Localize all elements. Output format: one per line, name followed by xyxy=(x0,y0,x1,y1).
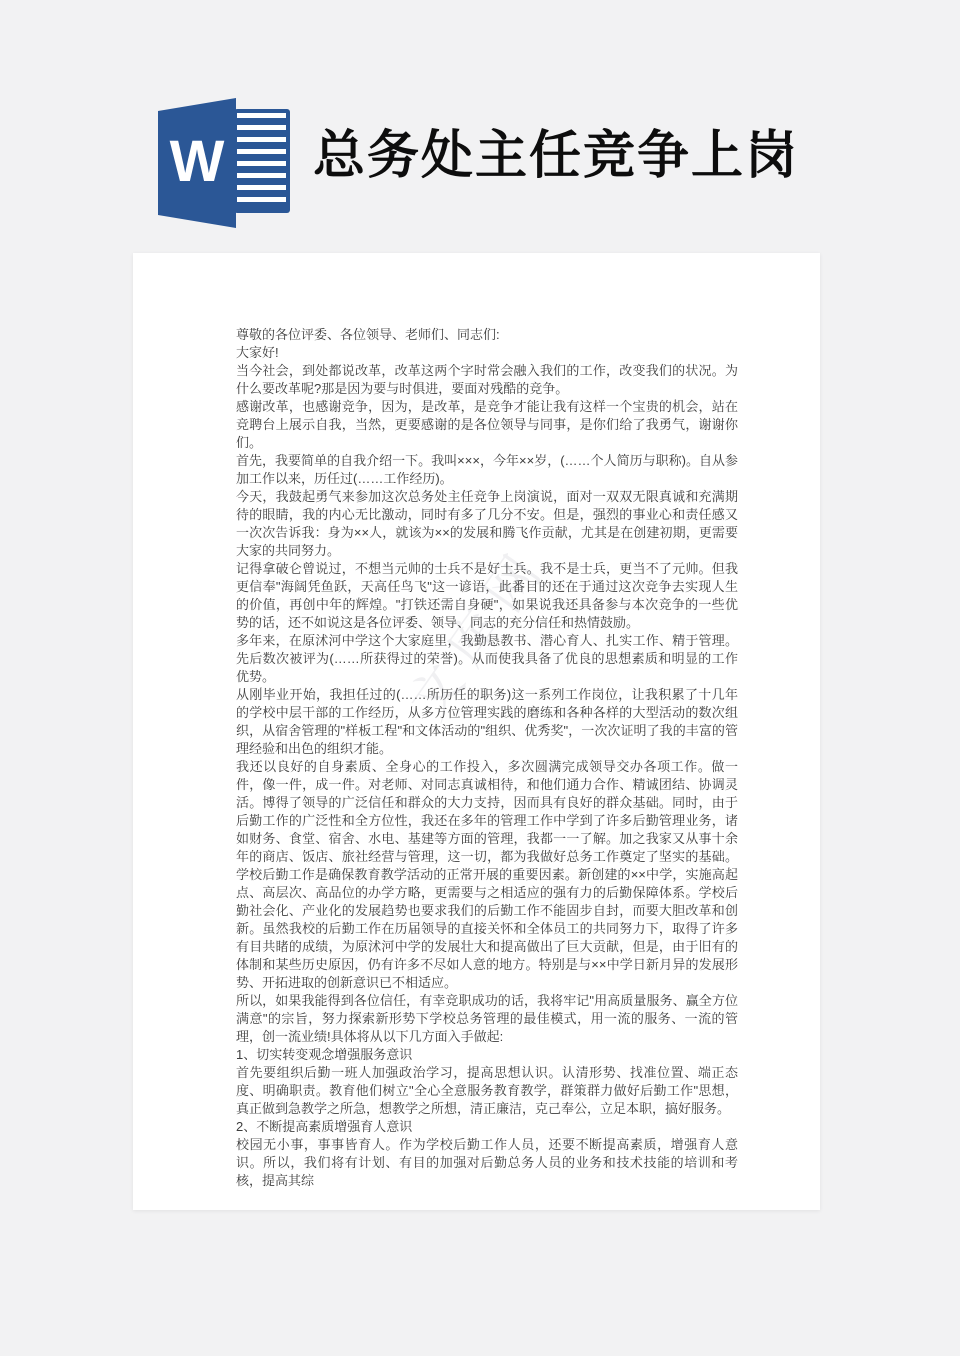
paragraph: 从刚毕业开始，我担任过的(……所历任的职务)这一系列工作岗位，让我积累了十几年的… xyxy=(236,686,738,758)
paragraph-list-item-2: 2、不断提高素质增强育人意识 xyxy=(236,1118,738,1136)
word-logo-icon: W xyxy=(158,98,292,232)
paragraph: 多年来，在原沭河中学这个大家庭里，我勤恳教书、潜心育人、扎实工作、精于管理。先后… xyxy=(236,632,738,686)
paragraph: 首先要组织后勤一班人加强政治学习，提高思想认识。认清形势、找准位置、端正态度、明… xyxy=(236,1064,738,1118)
document-page: 文库网 尊敬的各位评委、各位领导、老师们、同志们: 大家好! 当今社会，到处都说… xyxy=(133,253,820,1210)
paragraph-salutation: 尊敬的各位评委、各位领导、老师们、同志们: xyxy=(236,326,738,344)
header: W 总务处主任竞争上岗 xyxy=(0,0,960,250)
paragraph: 今天，我鼓起勇气来参加这次总务处主任竞争上岗演说，面对一双双无限真诚和充满期待的… xyxy=(236,488,738,560)
word-document-lines-icon xyxy=(237,113,286,209)
paragraph: 当今社会，到处都说改革，改革这两个字时常会融入我们的工作，改变我们的状况。为什么… xyxy=(236,362,738,398)
paragraph: 校园无小事，事事皆育人。作为学校后勤工作人员，还要不断提高素质，增强育人意识。所… xyxy=(236,1136,738,1190)
word-w-letter: W xyxy=(170,133,225,191)
page-title: 总务处主任竞争上岗 xyxy=(313,128,799,185)
paragraph: 记得拿破仑曾说过，不想当元帅的士兵不是好士兵。我不是士兵，更当不了元帅。但我更信… xyxy=(236,560,738,632)
document-body: 尊敬的各位评委、各位领导、老师们、同志们: 大家好! 当今社会，到处都说改革，改… xyxy=(236,326,738,1190)
paragraph: 所以，如果我能得到各位信任，有幸竞职成功的话，我将牢记"用高质量服务、赢全方位满… xyxy=(236,992,738,1046)
word-blue-panel-icon: W xyxy=(158,98,236,228)
paragraph-greeting: 大家好! xyxy=(236,344,738,362)
paragraph: 感谢改革，也感谢竞争，因为，是改革，是竞争才能让我有这样一个宝贵的机会，站在竞聘… xyxy=(236,398,738,452)
paragraph: 首先，我要简单的自我介绍一下。我叫×××，今年××岁，(……个人简历与职称)。自… xyxy=(236,452,738,488)
paragraph: 我还以良好的自身素质、全身心的工作投入，多次圆满完成领导交办各项工作。做一件，像… xyxy=(236,758,738,992)
word-document-page-icon xyxy=(234,109,290,213)
paragraph-list-item-1: 1、切实转变观念增强服务意识 xyxy=(236,1046,738,1064)
